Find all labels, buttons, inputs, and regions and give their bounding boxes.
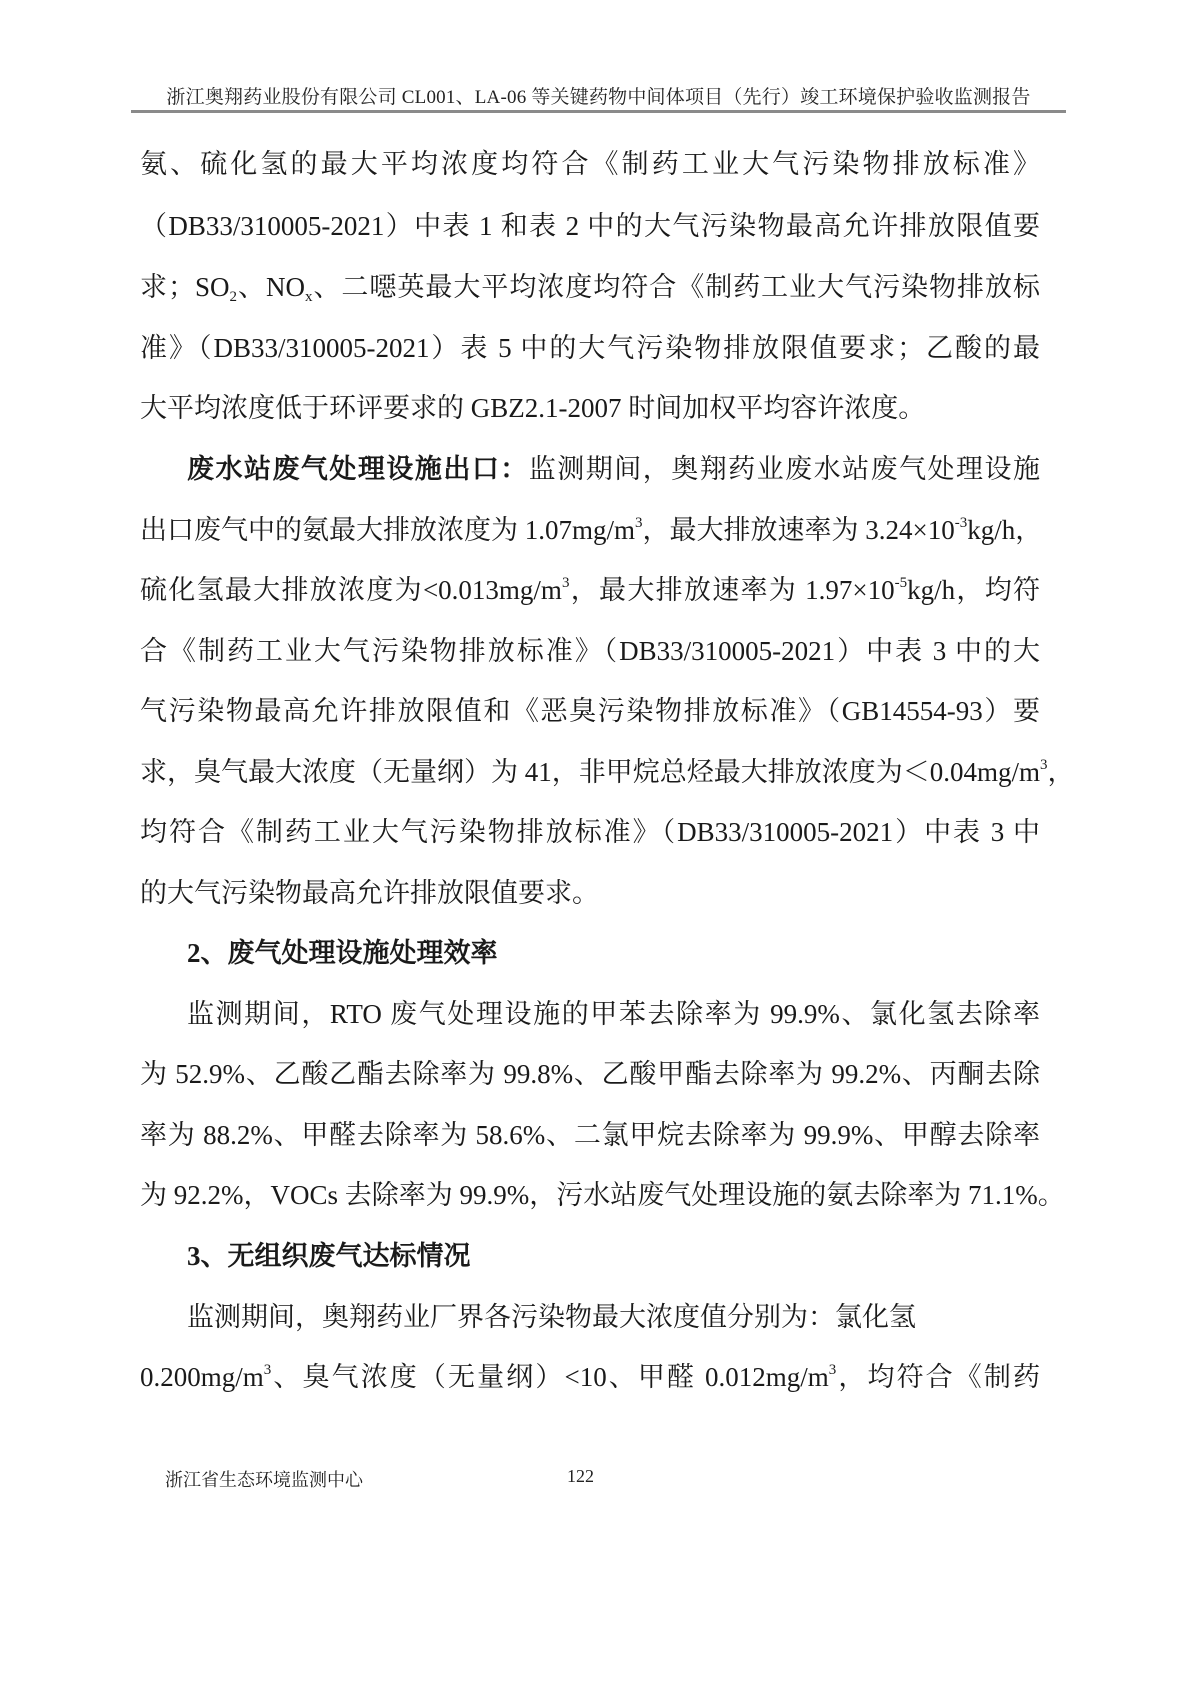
text-run: 硫化氢最大排放浓度为<0.013mg/m (140, 575, 562, 605)
text-run: 准》（DB33/310005-2021）表 5 中的大气污染物排放限值要求；乙酸… (140, 333, 1040, 363)
text-line: 监测期间，奥翔药业厂界各污染物最大浓度值分别为：氯化氢 (187, 1300, 1040, 1334)
text-run: ，均符合《制药 (836, 1362, 1040, 1392)
text-run: 、二噁英最大平均浓度均符合《制药工业大气污染物排放标 (312, 272, 1040, 302)
text-run: 均符合《制药工业大气污染物排放标准》（DB33/310005-2021）中表 3… (140, 817, 1040, 847)
superscript: -5 (895, 575, 908, 591)
text-line: 求，臭气最大浓度（无量纲）为 41，非甲烷总烃最大排放浓度为＜0.04mg/m3… (140, 755, 1040, 789)
header-divider (131, 110, 1066, 113)
text-run: 大平均浓度低于环评要求的 GBZ2.1-2007 时间加权平均容许浓度。 (140, 393, 925, 423)
text-line: 均符合《制药工业大气污染物排放标准》（DB33/310005-2021）中表 3… (140, 815, 1040, 849)
text-line: 为 92.2%，VOCs 去除率为 99.9%，污水站废气处理设施的氨去除率为 … (140, 1178, 1040, 1212)
text-line: 大平均浓度低于环评要求的 GBZ2.1-2007 时间加权平均容许浓度。 (140, 391, 1040, 425)
footer-organization: 浙江省生态环境监测中心 (165, 1466, 363, 1492)
text-run: 率为 88.2%、甲醛去除率为 58.6%、二氯甲烷去除率为 99.9%、甲醇去… (140, 1120, 1040, 1150)
text-run: ，最大排放速率为 1.97×10 (569, 575, 894, 605)
text-run: ，最大排放速率为 3.24×10 (643, 515, 955, 545)
text-line: 准》（DB33/310005-2021）表 5 中的大气污染物排放限值要求；乙酸… (140, 331, 1040, 365)
section-heading: 2、废气处理设施处理效率 (187, 936, 1040, 970)
section-heading: 3、无组织废气达标情况 (187, 1239, 1040, 1273)
text-run: 的大气污染物最高允许排放限值要求。 (140, 878, 599, 908)
text-run: 求；SO (140, 272, 230, 302)
text-run: 合《制药工业大气污染物排放标准》（DB33/310005-2021）中表 3 中… (140, 636, 1040, 666)
text-line: 硫化氢最大排放浓度为<0.013mg/m3，最大排放速率为 1.97×10-5k… (140, 573, 1040, 607)
text-run: 气污染物最高允许排放限值和《恶臭污染物排放标准》（GB14554-93）要 (140, 696, 1040, 726)
text-run: （DB33/310005-2021）中表 1 和表 2 中的大气污染物最高允许排… (140, 211, 1040, 241)
text-run: 、NO (237, 272, 305, 302)
text-run: 监测期间，RTO 废气处理设施的甲苯去除率为 99.9%、氯化氢去除率 (187, 999, 1040, 1029)
text-run: 出口废气中的氨最大排放浓度为 1.07mg/m (140, 515, 635, 545)
superscript: -3 (955, 515, 968, 531)
text-line: 气污染物最高允许排放限值和《恶臭污染物排放标准》（GB14554-93）要 (140, 694, 1040, 728)
text-line: 合《制药工业大气污染物排放标准》（DB33/310005-2021）中表 3 中… (140, 634, 1040, 668)
text-line: 监测期间，RTO 废气处理设施的甲苯去除率为 99.9%、氯化氢去除率 (187, 997, 1040, 1031)
text-run: 求，臭气最大浓度（无量纲）为 41，非甲烷总烃最大排放浓度为＜0.04mg/m (140, 757, 1040, 787)
text-line: 0.200mg/m3、臭气浓度（无量纲）<10、甲醛 0.012mg/m3，均符… (140, 1360, 1040, 1394)
superscript: 3 (635, 515, 643, 531)
text-run: 监测期间，奥翔药业厂界各污染物最大浓度值分别为：氯化氢 (187, 1302, 916, 1332)
page-header: 浙江奥翔药业股份有限公司 CL001、LA-06 等关键药物中间体项目（先行）竣… (131, 82, 1066, 109)
text-run: ， (1048, 757, 1075, 787)
bold-label: 废水站废气处理设施出口： (187, 454, 529, 484)
text-run: kg/h，均符 (907, 575, 1040, 605)
text-run: 、臭气浓度（无量纲）<10、甲醛 0.012mg/m (271, 1362, 828, 1392)
text-line: 废水站废气处理设施出口：监测期间，奥翔药业废水站废气处理设施 (187, 452, 1040, 486)
text-run: 监测期间，奥翔药业废水站废气处理设施 (529, 454, 1040, 484)
page-number: 122 (567, 1466, 594, 1487)
bold-label: 3、无组织废气达标情况 (187, 1241, 471, 1271)
text-line: 氨、硫化氢的最大平均浓度均符合《制药工业大气污染物排放标准》 (140, 147, 1040, 181)
text-run: 氨、硫化氢的最大平均浓度均符合《制药工业大气污染物排放标准》 (140, 149, 1040, 179)
text-line: （DB33/310005-2021）中表 1 和表 2 中的大气污染物最高允许排… (140, 209, 1040, 243)
bold-label: 2、废气处理设施处理效率 (187, 938, 498, 968)
text-line: 出口废气中的氨最大排放浓度为 1.07mg/m3，最大排放速率为 3.24×10… (140, 513, 1040, 547)
text-line: 的大气污染物最高允许排放限值要求。 (140, 876, 1040, 910)
superscript: 3 (1040, 757, 1048, 773)
text-run: 0.200mg/m (140, 1362, 264, 1392)
text-line: 率为 88.2%、甲醛去除率为 58.6%、二氯甲烷去除率为 99.9%、甲醇去… (140, 1118, 1040, 1152)
text-line: 求；SO2、NOx、二噁英最大平均浓度均符合《制药工业大气污染物排放标 (140, 270, 1040, 304)
text-run: 为 92.2%，VOCs 去除率为 99.9%，污水站废气处理设施的氨去除率为 … (140, 1180, 1065, 1210)
text-line: 为 52.9%、乙酸乙酯去除率为 99.8%、乙酸甲酯去除率为 99.2%、丙酮… (140, 1057, 1040, 1091)
text-run: kg/h， (967, 515, 1042, 545)
text-run: 为 52.9%、乙酸乙酯去除率为 99.8%、乙酸甲酯去除率为 99.2%、丙酮… (140, 1059, 1040, 1089)
subscript: 2 (230, 289, 238, 305)
